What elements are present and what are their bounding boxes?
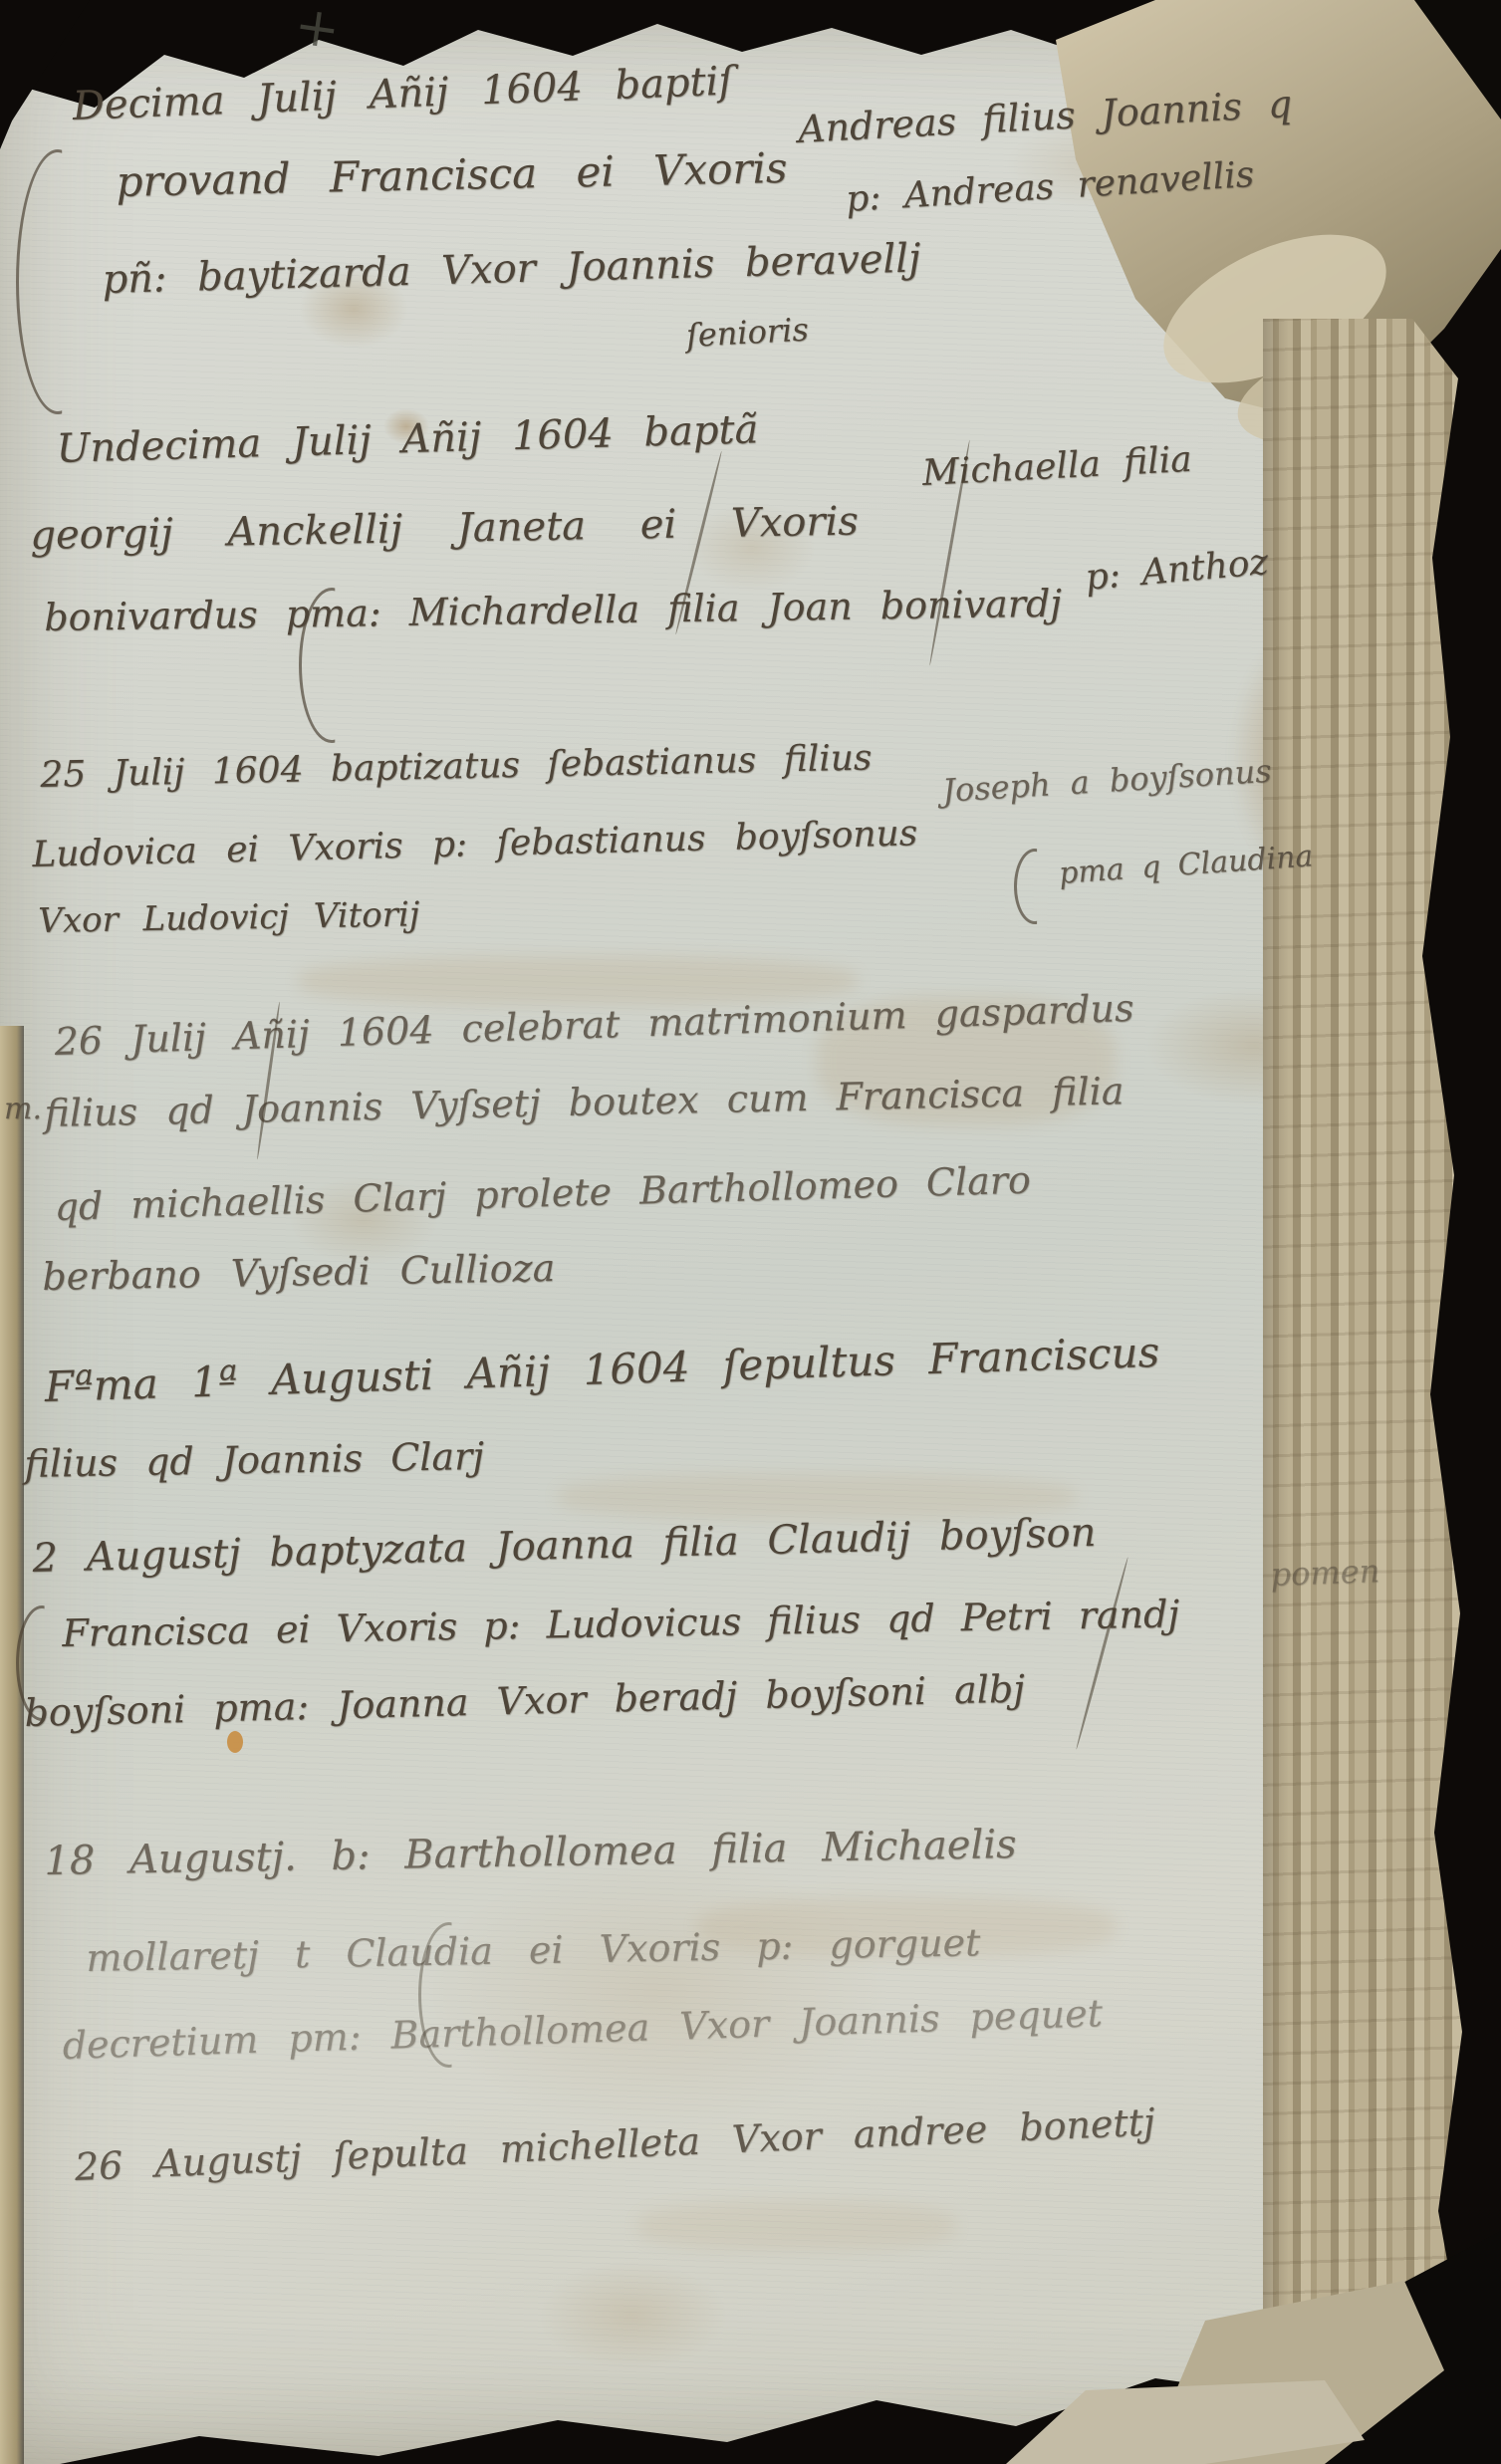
- manuscript-photo: + Decima Julij Añij 1604 baptiſ Andreas …: [0, 0, 1501, 2464]
- stain: [428, 1852, 886, 2131]
- manuscript-line: filius qd Joannis Clarj: [24, 1434, 484, 1486]
- manuscript-line: ſenioris: [685, 311, 810, 355]
- underlying-page-edge: [0, 1026, 24, 2464]
- wax-fleck: [227, 1731, 243, 1753]
- margin-note: m.: [4, 1092, 42, 1126]
- cross-mark: +: [291, 0, 345, 62]
- book-fore-edge: [1263, 319, 1474, 2464]
- manuscript-line: pomen: [1270, 1552, 1380, 1594]
- ink-bleedthrough: [637, 2201, 956, 2251]
- manuscript-line: berbano Vyſsedi Cullioza: [42, 1246, 556, 1299]
- stain: [538, 2261, 727, 2370]
- manuscript-line: Vxor Ludovicj Vitorij: [38, 894, 420, 941]
